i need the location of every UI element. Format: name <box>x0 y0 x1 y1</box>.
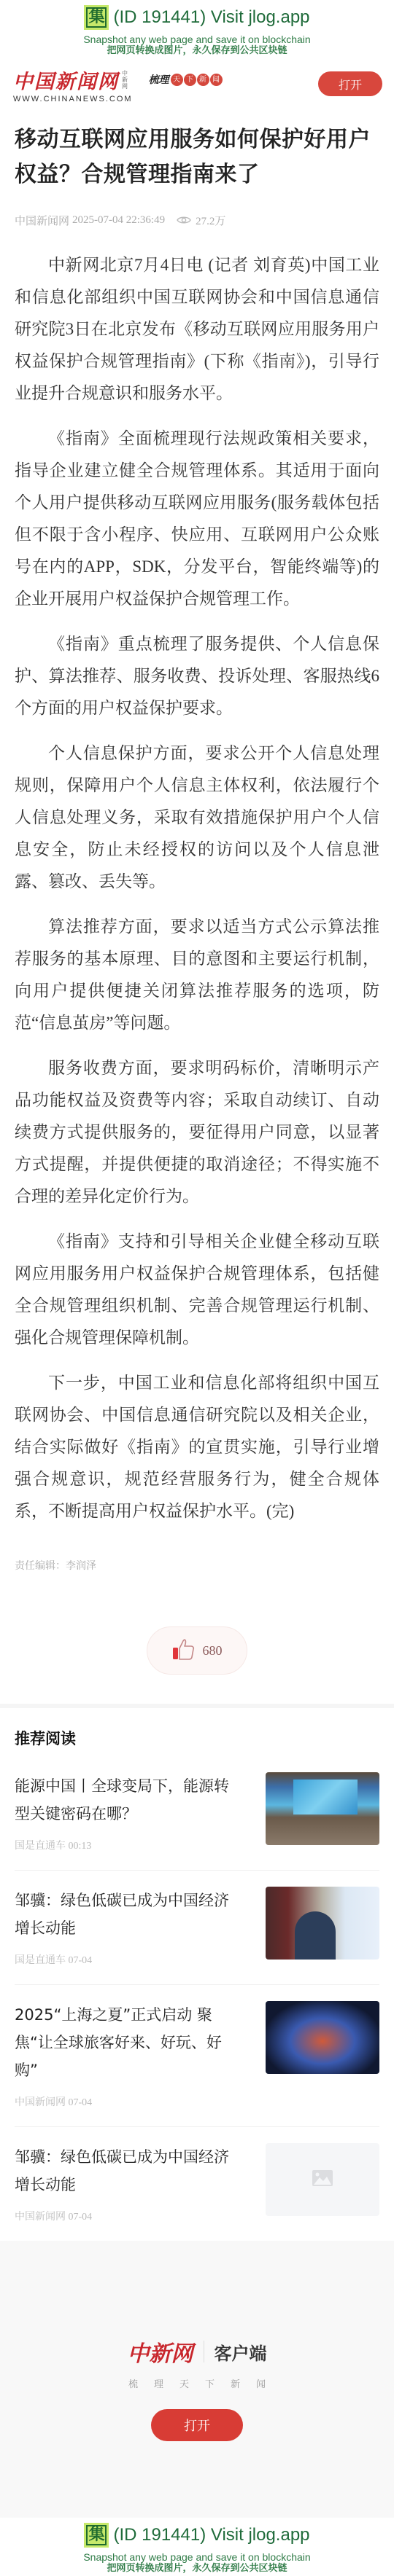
jlog-title[interactable]: (ID 191441) Visit jlog.app <box>113 2525 309 2545</box>
paragraph: 《指南》重点梳理了服务提供、个人信息保护、算法推荐、服务收费、投诉处理、客服热线… <box>15 628 379 724</box>
slogan-circle: 下 <box>184 74 196 86</box>
image-placeholder-icon <box>312 2170 333 2189</box>
conference-hall-thumbnail[interactable] <box>266 1772 379 1845</box>
speaker-presentation-thumbnail[interactable] <box>266 1887 379 1960</box>
promo-logo: 中新网 客户端 <box>128 2336 267 2368</box>
paragraph: 《指南》全面梳理现行法规政策相关要求，指导企业建立健全合规管理体系。其适用于面向… <box>15 423 379 615</box>
like-count: 680 <box>203 1643 223 1659</box>
recommended-item-title[interactable]: 邹骥：绿色低碳已成为中国经济增长动能 <box>15 2143 241 2199</box>
article: 移动互联网应用服务如何保护好用户权益？合规管理指南来了 中国新闻网 2025-0… <box>0 122 394 1675</box>
paragraph: 《指南》支持和引导相关企业健全移动互联网应用服务用户权益保护合规管理体系，包括健… <box>15 1226 379 1354</box>
recommended-item-title[interactable]: 2025“上海之夏”正式启动 聚焦“让全球旅客好来、好玩、好购” <box>15 2001 241 2084</box>
promo-tagline: 梳理天下新闻 <box>128 2376 282 2390</box>
recommended-item-meta: 国是直通车 07-04 <box>15 1952 241 1967</box>
jlog-subtitle-en: Snapshot any web page and save it on blo… <box>0 2551 394 2563</box>
recommended-item-title[interactable]: 能源中国丨全球变局下，能源转型关键密码在哪？ <box>15 1772 241 1828</box>
section-divider <box>0 1704 394 1708</box>
thumbs-up-icon <box>172 1638 196 1663</box>
article-body: 中新网北京7月4日电 (记者 刘育英)中国工业和信息化部组织中国互联网协会和中国… <box>15 249 379 1527</box>
like-button[interactable]: 680 <box>147 1626 247 1675</box>
site-header: 中国新闻网 中 新 网 WWW.CHINANEWS.COM 梳理 天 下 新 闻… <box>0 58 394 111</box>
jlog-subtitle-cn: 把网页转换成图片，永久保存到公共区块链 <box>0 2563 394 2575</box>
slogan-circle: 闻 <box>210 74 223 86</box>
promo-divider <box>204 2341 204 2362</box>
recommended-item-meta: 中国新闻网 07-04 <box>15 2209 241 2223</box>
recommended-item-meta: 国是直通车 00:13 <box>15 1838 241 1852</box>
open-app-button-header[interactable]: 打开 <box>318 71 382 96</box>
paragraph: 中新网北京7月4日电 (记者 刘育英)中国工业和信息化部组织中国互联网协会和中国… <box>15 249 379 410</box>
app-promo: 中新网 客户端 梳理天下新闻 打开 <box>0 2241 394 2518</box>
logo-text: 中国新闻网 <box>13 66 119 94</box>
logo-url: WWW.CHINANEWS.COM <box>13 95 133 103</box>
recommended-item[interactable]: 邹骥：绿色低碳已成为中国经济增长动能 中国新闻网 07-04 <box>15 2127 379 2241</box>
slogan-circle: 天 <box>171 74 183 86</box>
paragraph: 个人信息保护方面，要求公开个人信息处理规则，保障用户个人信息主体权利，依法履行个… <box>15 737 379 898</box>
jlog-subtitle-cn: 把网页转换成图片，永久保存到公共区块链 <box>0 45 394 57</box>
jlog-banner-bottom: 集 (ID 191441) Visit jlog.app Snapshot an… <box>0 2518 394 2576</box>
recommended-item[interactable]: 2025“上海之夏”正式启动 聚焦“让全球旅客好来、好玩、好购” 中国新闻网 0… <box>15 1985 379 2127</box>
jlog-title[interactable]: (ID 191441) Visit jlog.app <box>113 7 309 28</box>
view-count: 27.2万 <box>196 213 225 228</box>
paragraph: 服务收费方面，要求明码标价，清晰明示产品功能权益及资费等内容；采取自动续订、自动… <box>15 1052 379 1213</box>
promo-app-label: 客户端 <box>215 2339 267 2365</box>
jlog-badge-icon: 集 <box>84 5 109 30</box>
image-placeholder-thumbnail[interactable] <box>266 2143 379 2216</box>
logo-vertical-text: 中 新 网 <box>122 70 128 90</box>
recommended-item[interactable]: 能源中国丨全球变局下，能源转型关键密码在哪？ 国是直通车 00:13 <box>15 1756 379 1871</box>
promo-brand: 中新网 <box>128 2336 193 2368</box>
jlog-subtitle-en: Snapshot any web page and save it on blo… <box>0 34 394 45</box>
jlog-banner-top: 集 (ID 191441) Visit jlog.app Snapshot an… <box>0 0 394 58</box>
article-meta: 中国新闻网 2025-07-04 22:36:49 27.2万 <box>15 211 379 229</box>
article-source: 中国新闻网 <box>15 213 69 228</box>
chinanews-logo[interactable]: 中国新闻网 中 新 网 WWW.CHINANEWS.COM <box>13 66 133 103</box>
recommended-section: 推荐阅读 能源中国丨全球变局下，能源转型关键密码在哪？ 国是直通车 00:13 … <box>0 1727 394 2241</box>
open-app-button-promo[interactable]: 打开 <box>151 2409 243 2441</box>
stage-mascot-thumbnail[interactable] <box>266 2001 379 2074</box>
recommended-heading: 推荐阅读 <box>15 1727 379 1749</box>
recommended-item-meta: 中国新闻网 07-04 <box>15 2094 241 2109</box>
article-title: 移动互联网应用服务如何保护好用户权益？合规管理指南来了 <box>15 122 379 192</box>
jlog-badge-icon: 集 <box>84 2523 109 2548</box>
editor-credit: 责任编辑：李润泽 <box>15 1558 379 1573</box>
recommended-item-title[interactable]: 邹骥：绿色低碳已成为中国经济增长动能 <box>15 1887 241 1942</box>
recommended-item[interactable]: 邹骥：绿色低碳已成为中国经济增长动能 国是直通车 07-04 <box>15 1871 379 1985</box>
slogan-brush-text: 梳理 <box>149 72 169 87</box>
article-datetime: 2025-07-04 22:36:49 <box>72 214 165 227</box>
eye-icon <box>177 215 191 225</box>
paragraph: 算法推荐方面，要求以适当方式公示算法推荐服务的基本原理、目的意图和主要运行机制，… <box>15 911 379 1039</box>
slogan-circle: 新 <box>197 74 209 86</box>
paragraph: 下一步，中国工业和信息化部将组织中国互联网协会、中国信息通信研究院以及相关企业，… <box>15 1367 379 1527</box>
slogan: 梳理 天 下 新 闻 <box>149 72 223 87</box>
